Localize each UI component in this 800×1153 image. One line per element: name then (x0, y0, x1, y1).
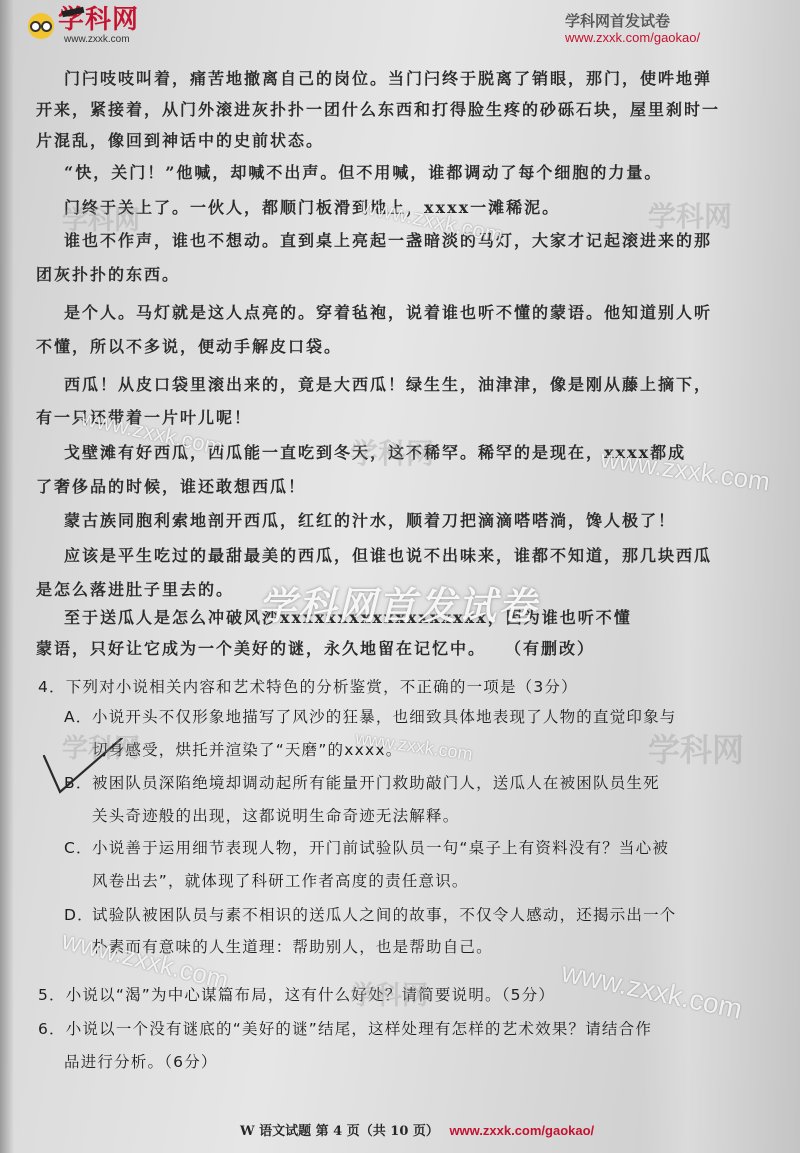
passage-line: 是个人。马灯就是这人点亮的。穿着毡袍，说着谁也听不懂的蒙语。他知道别人听 (64, 300, 712, 323)
passage-line: 蒙古族同胞利索地剖开西瓜，红红的汁水，顺着刀把滴滴嗒嗒淌，馋人极了！ (64, 508, 676, 531)
option-d-label: D． (64, 903, 94, 925)
page-footer: W 语文试题 第 4 页（共 10 页） www.zxxk.com/gaokao… (240, 1120, 594, 1139)
question-6: 6．小说以一个没有谜底的“美好的谜”结尾，这样处理有怎样的艺术效果？请结合作 (38, 1017, 652, 1039)
option-b-text: 被困队员深陷绝境却调动起所有能量开门救助敲门人，送瓜人在被困队员生死 (92, 771, 660, 793)
option-c-label: C． (64, 836, 93, 858)
watermark-url: www.zxxk.com (559, 956, 745, 1025)
passage-line: 是怎么落进肚子里去的。 (36, 577, 234, 600)
passage-line: 团灰扑扑的东西。 (36, 262, 180, 285)
passage-line: 谁也不作声，谁也不想动。直到桌上亮起一盏暗淡的马灯，大家才记起滚进来的那 (64, 228, 712, 251)
option-a-text: 小说开头不仅形象地描写了风沙的狂暴，也细致具体地表现了人物的直觉印象与 (92, 705, 677, 727)
watermark-logo: 学科网 (62, 728, 140, 765)
watermark-logo: 学科网 (350, 432, 434, 472)
passage-line: 蒙语，只好让它成为一个美好的谜，永久地留在记忆中。 (36, 636, 486, 659)
watermark-logo: 学科网 (350, 975, 428, 1012)
option-d-text: 试验队被困队员与素不相识的送瓜人之间的故事，不仅令人感动，还揭示出一个 (92, 903, 677, 925)
passage-line: 应该是平生吃过的最甜最美的西瓜，但谁也说不出味来，谁都不知道，那几块西瓜 (64, 543, 712, 566)
passage-line: 门闩吱吱叫着，痛苦地撤离自己的岗位。当门闩终于脱离了销眼，那门，使吽地弹 (64, 66, 712, 89)
watermark-exam-title: 学科网首发试卷 (258, 575, 538, 630)
exam-page: 门闩吱吱叫着，痛苦地撤离自己的岗位。当门闩终于脱离了销眼，那门，使吽地弹 开来，… (0, 0, 800, 1153)
passage-line: 了奢侈品的时候，谁还敢想西瓜！ (36, 474, 306, 497)
passage-line: “快，关门！”他喊，却喊不出声。但不用喊，谁都调动了每个细胞的力量。 (64, 160, 662, 183)
watermark-logo: 学科网 (648, 195, 732, 235)
passage-line: 开来，紧接着，从门外滚进灰扑扑一团什么东西和打得脸生疼的砂砾石块，屋里刹时一 (36, 97, 720, 120)
option-b-text: 关头奇迹般的出现，这都说明生命奇迹无法解释。 (92, 804, 459, 826)
watermark-logo: 学科网 (648, 725, 744, 771)
option-c-text: 小说善于运用细节表现人物，开门前试验队员一句“桌子上有资料没有？当心被 (92, 836, 669, 858)
passage-line: 西瓜！从皮口袋里滚出来的，竟是大西瓜！绿生生，油津津，像是刚从藤上摘下， (64, 372, 712, 395)
option-c-text: 风卷出去”，就体现了科研工作者高度的责任意识。 (92, 869, 469, 891)
question-4-stem: 4．下列对小说相关内容和艺术特色的分析鉴赏，不正确的一项是（3分） (38, 675, 578, 697)
passage-line: 片混乱，像回到神话中的史前状态。 (36, 128, 324, 151)
question-5: 5．小说以“渴”为中心谋篇布局，这有什么好处？请简要说明。（5分） (38, 983, 555, 1005)
option-a-label: A． (64, 705, 93, 727)
question-6: 品进行分析。（6分） (64, 1050, 218, 1072)
footer-url: www.zxxk.com/gaokao/ (449, 1123, 594, 1138)
source-note: （有删改） (505, 636, 595, 659)
passage-line: 不懂，所以不多说，便动手解皮口袋。 (36, 334, 342, 357)
page-number: W 语文试题 第 4 页（共 10 页） (240, 1124, 439, 1139)
watermark-logo: 学科网 (62, 200, 140, 237)
